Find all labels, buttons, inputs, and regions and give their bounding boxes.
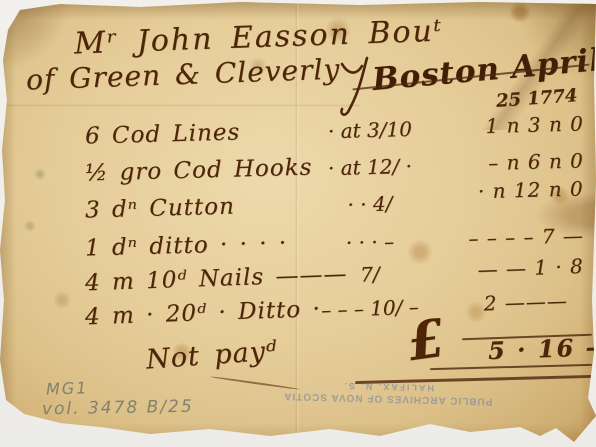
item-rate: · at 3/10 [300,116,441,144]
item-rate: · · 4/ [300,190,441,218]
item-description: ½ gro Cod Hooks [85,155,313,187]
item-rate: · at 12/ · [300,153,441,181]
item-amount: · n 12 n 0 [478,176,584,203]
item-rate: · · · – [300,228,441,256]
scanned-receipt-image: Mʳ John Easson Bouᵗ of Green & Cleverly … [0,0,596,447]
total-amount: 5 · 16 — [488,332,596,365]
item-amount: 2 ——— [483,289,568,316]
paper-sheet: Mʳ John Easson Bouᵗ of Green & Cleverly … [0,0,596,447]
item-amount: — — 1 · 8 [477,254,584,282]
horizontal-crease [0,104,360,107]
pencil-catalog-line2: vol. 3478 B/25 [42,397,194,420]
pencil-catalog-line1: MG1 [46,378,89,398]
item-rate: 7/ [300,260,441,289]
item-amount: 1 n 3 n 0 [485,111,584,138]
item-description: 1 dⁿ ditto · · · · [85,230,288,261]
item-amount: – n 6 n 0 [488,148,584,174]
item-amount: – – – – 7 — [468,223,584,250]
item-description: 3 dⁿ Cutton [85,194,235,224]
item-description: 6 Cod Lines [85,119,241,149]
